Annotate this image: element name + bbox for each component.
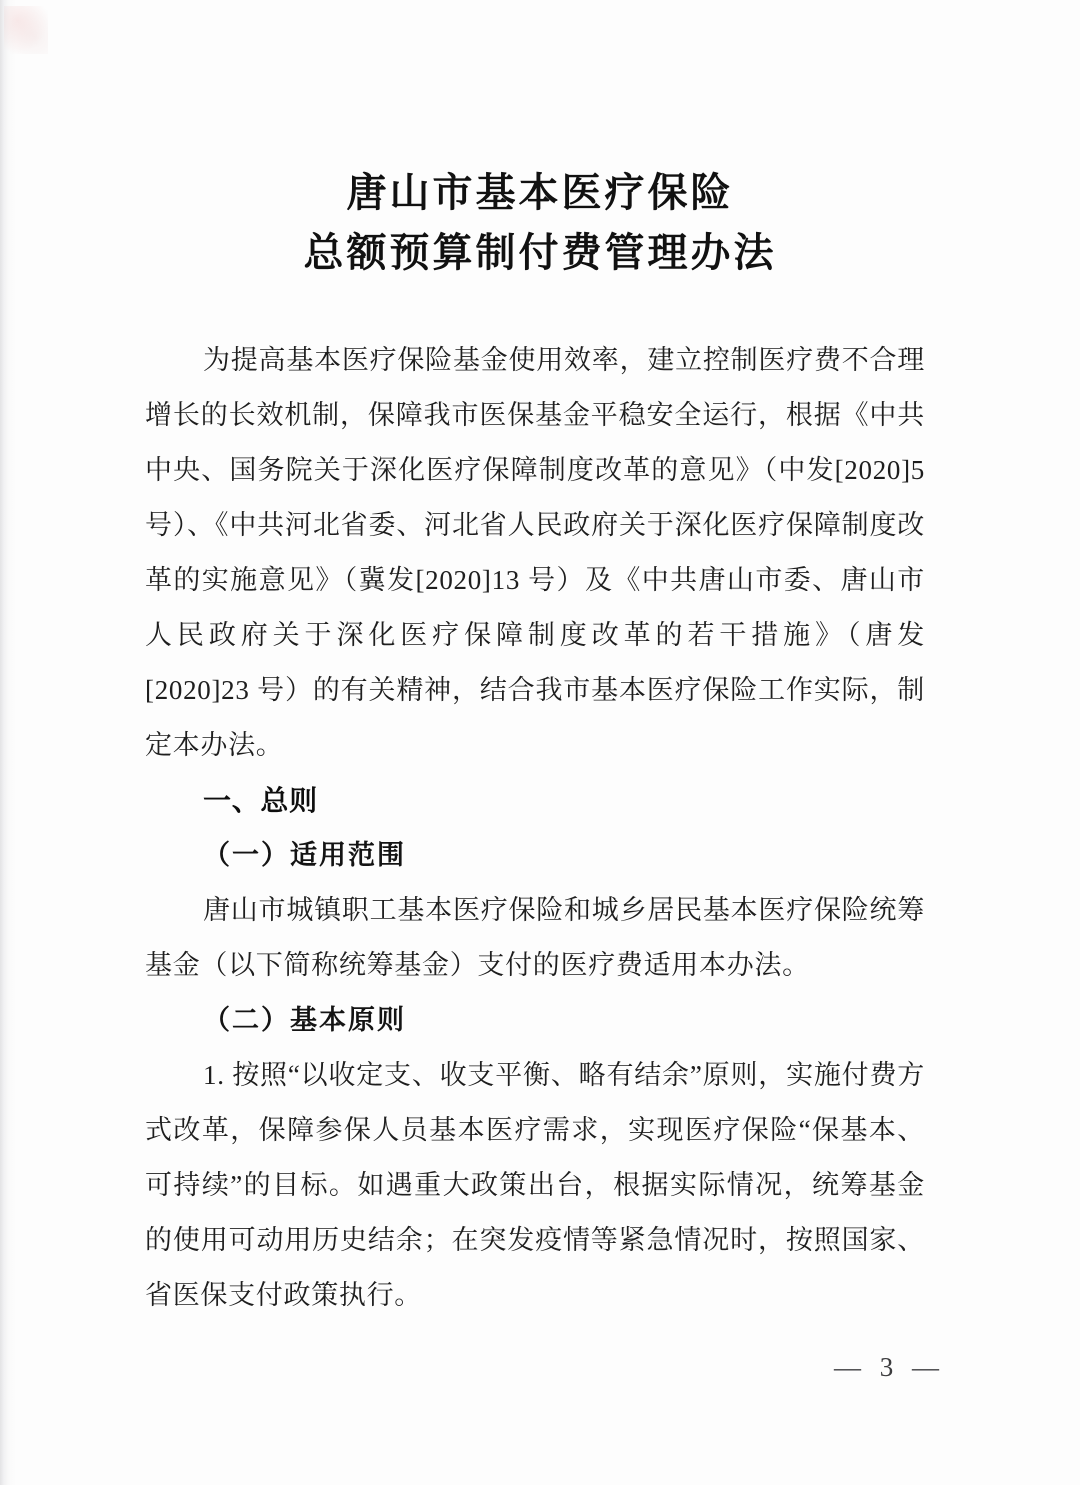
document-title-line2: 总额预算制付费管理办法 — [0, 223, 1080, 283]
subsection-heading: （二）基本原则 — [145, 993, 925, 1048]
document-title-line1: 唐山市基本医疗保险 — [0, 163, 1080, 223]
scan-smudge-artifact — [4, 6, 48, 54]
document-page: 唐山市基本医疗保险 总额预算制付费管理办法 为提高基本医疗保险基金使用效率，建立… — [0, 0, 1080, 1485]
document-body: 为提高基本医疗保险基金使用效率，建立控制医疗费不合理增长的长效机制，保障我市医保… — [145, 333, 925, 1323]
document-title: 唐山市基本医疗保险 总额预算制付费管理办法 — [0, 163, 1080, 283]
body-paragraph: 为提高基本医疗保险基金使用效率，建立控制医疗费不合理增长的长效机制，保障我市医保… — [145, 333, 925, 773]
body-paragraph: 1. 按照“以收定支、收支平衡、略有结余”原则，实施付费方式改革，保障参保人员基… — [145, 1048, 925, 1323]
section-heading: 一、总则 — [145, 773, 925, 828]
body-paragraph: 唐山市城镇职工基本医疗保险和城乡居民基本医疗保险统筹基金（以下简称统筹基金）支付… — [145, 883, 925, 993]
subsection-heading: （一）适用范围 — [145, 828, 925, 883]
page-number: — 3 — — [834, 1352, 945, 1383]
